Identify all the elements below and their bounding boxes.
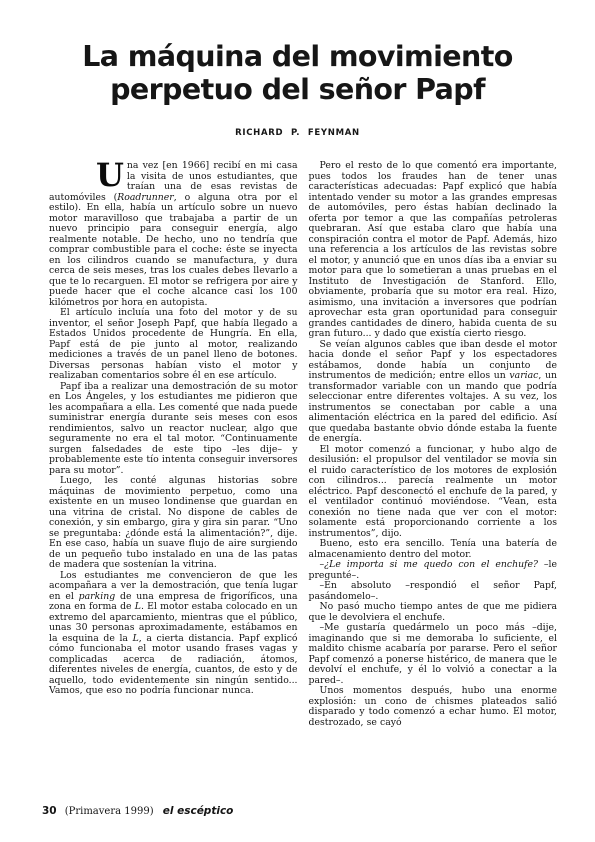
magazine-page: { "page": { "title_line1": "La máquina d… <box>0 0 595 842</box>
byline: RICHARD P. FEYNMAN <box>0 128 595 138</box>
paragraph: –¿Le importa si me quedo con el enchufe?… <box>309 560 558 581</box>
article-column-right: Pero el resto de lo que comentó era impo… <box>309 161 558 728</box>
paragraph: Los estudiantes me convencieron de que l… <box>49 571 298 697</box>
page-title-line2: perpetuo del señor Papf <box>0 73 595 106</box>
paragraph: Bueno, esto era sencillo. Tenía una bate… <box>309 539 558 560</box>
paragraph: Pero el resto de lo que comentó era impo… <box>309 161 558 340</box>
paragraph: –En absoluto –respondió el señor Papf, p… <box>309 581 558 602</box>
magazine-name: el escéptico <box>163 805 234 817</box>
drop-cap: U <box>96 162 124 189</box>
paragraph: Una vez [en 1966] recibí en mi casa la v… <box>49 161 298 308</box>
paragraph: El artículo incluía una foto del motor y… <box>49 308 298 382</box>
paragraph: Se veían algunos cables que iban desde e… <box>309 340 558 445</box>
page-title-line1: La máquina del movimiento <box>0 40 595 73</box>
paragraph: El motor comenzó a funcionar, y hubo alg… <box>309 445 558 540</box>
page-number: 30 <box>42 805 57 817</box>
page-footer: 30 (Primavera 1999) el escéptico <box>42 799 233 818</box>
paragraph: Unos momentos después, hubo una enorme e… <box>309 686 558 728</box>
paragraph: –Me gustaría quedármelo un poco más –dij… <box>309 623 558 686</box>
paragraph: Papf iba a realizar una demostración de … <box>49 382 298 477</box>
article-body: Una vez [en 1966] recibí en mi casa la v… <box>49 161 557 728</box>
page-title: La máquina del movimiento perpetuo del s… <box>0 40 595 106</box>
paragraph: No pasó mucho tiempo antes de que me pid… <box>309 602 558 623</box>
article-header: La máquina del movimiento perpetuo del s… <box>0 40 595 138</box>
issue-label: (Primavera 1999) <box>65 806 154 817</box>
paragraph: Luego, les conté algunas historias sobre… <box>49 476 298 571</box>
article-column-left: Una vez [en 1966] recibí en mi casa la v… <box>49 161 298 728</box>
